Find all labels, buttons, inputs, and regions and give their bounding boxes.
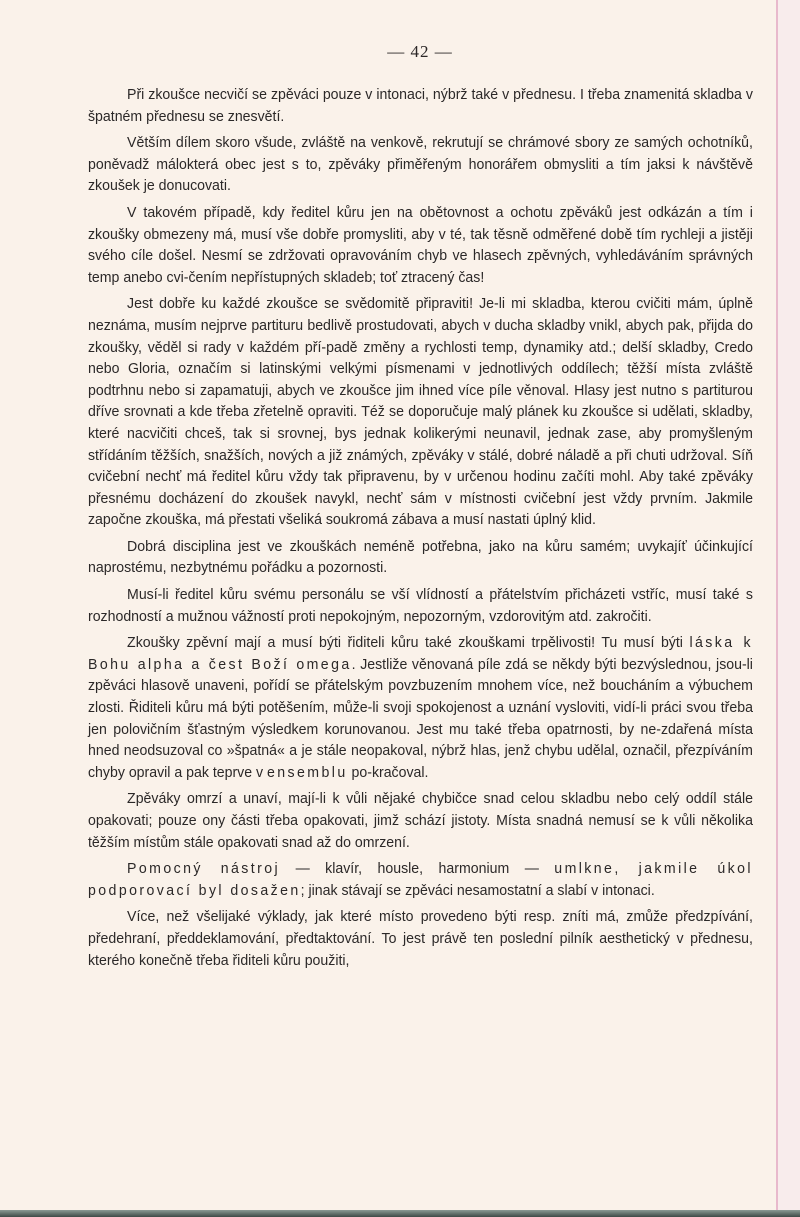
- paragraph-10: Více, než všelijaké výklady, jak které m…: [88, 906, 753, 971]
- spaced-emphasis: Pomocný nástroj: [127, 860, 280, 877]
- paragraph-2: Větším dílem skoro všude, zvláště na ven…: [88, 132, 753, 197]
- paragraph-1: Při zkoušce necvičí se zpěváci pouze v i…: [88, 84, 753, 127]
- page-number: — 42 —: [0, 42, 800, 62]
- paragraph-7-text-a: Zkoušky zpěvní mají a musí býti řiditeli…: [127, 634, 689, 651]
- paragraph-5: Dobrá disciplina jest ve zkouškách nemén…: [88, 536, 753, 579]
- body-text: Při zkoušce necvičí se zpěváci pouze v i…: [88, 84, 753, 971]
- paragraph-9-text-b: ; jinak stávají se zpěváci nesamostatní …: [301, 882, 655, 899]
- paragraph-7-text-b: . Jestliže věnovaná píle zdá se někdy bý…: [88, 656, 753, 781]
- scanned-book-page: — 42 — Při zkoušce necvičí se zpěváci po…: [0, 0, 800, 1217]
- spaced-emphasis: ensemblu: [267, 764, 348, 781]
- paragraph-6: Musí-li ředitel kůru svému personálu se …: [88, 584, 753, 627]
- paragraph-7: Zkoušky zpěvní mají a musí býti řiditeli…: [88, 632, 753, 783]
- page-bottom-edge: [0, 1210, 800, 1217]
- paragraph-7-text-c: po-kračoval.: [348, 764, 429, 781]
- paragraph-4: Jest dobře ku každé zkoušce se svědomitě…: [88, 293, 753, 531]
- paragraph-8: Zpěváky omrzí a unaví, mají-li k vůli ně…: [88, 788, 753, 853]
- paragraph-9-text-a: — klavír, housle, harmonium —: [280, 860, 554, 877]
- paragraph-3: V takovém případě, kdy ředitel kůru jen …: [88, 202, 753, 288]
- page-right-edge: [776, 0, 800, 1210]
- paragraph-9: Pomocný nástroj — klavír, housle, harmon…: [88, 858, 753, 901]
